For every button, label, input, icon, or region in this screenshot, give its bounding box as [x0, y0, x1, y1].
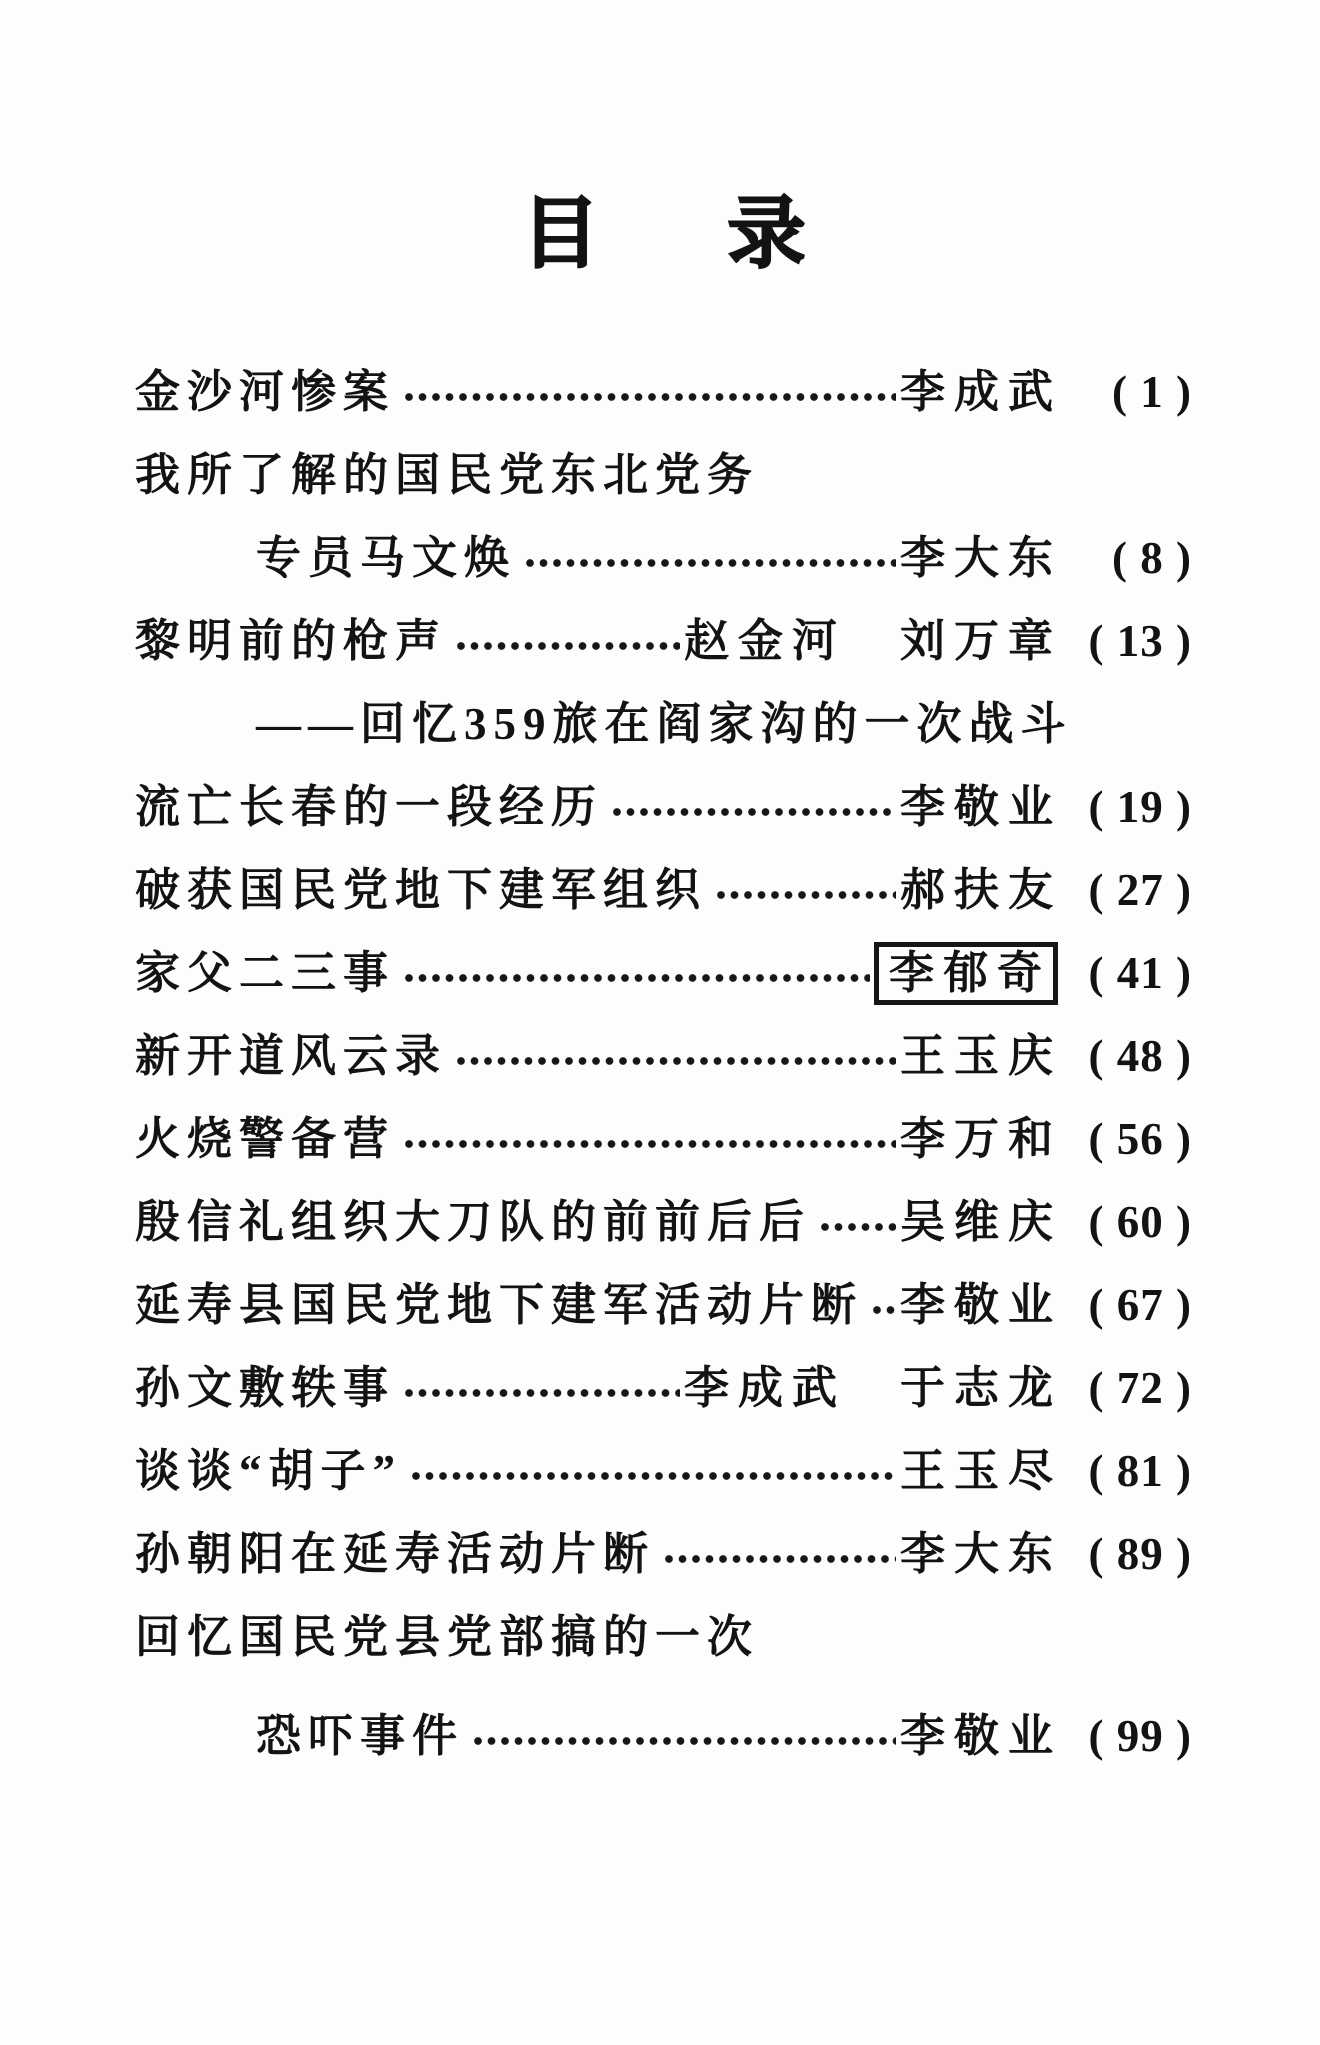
- toc-entry-page: ( 60 ): [1064, 1200, 1192, 1245]
- toc-entry-authors: 吴维庆: [900, 1200, 1064, 1245]
- dotted-leader: [871, 1304, 896, 1318]
- toc-entry: 孙朝阳在延寿活动片断 李大东 ( 89 ): [135, 1513, 1192, 1596]
- toc-entry-title: 火烧警备营: [135, 1117, 395, 1162]
- toc-entry-title: 家父二三事: [135, 951, 395, 996]
- toc-entry-authors: 赵金河 刘万章: [684, 619, 1064, 664]
- dotted-leader: [715, 889, 896, 903]
- toc-entry-authors: 王玉庆: [900, 1034, 1064, 1079]
- toc-entry-page: ( 48 ): [1064, 1034, 1192, 1079]
- dotted-leader: [611, 806, 896, 820]
- toc-entry-title: 孙朝阳在延寿活动片断: [135, 1532, 655, 1577]
- toc-entry-page: ( 19 ): [1064, 785, 1192, 830]
- toc-entry-title: 新开道风云录: [135, 1034, 447, 1079]
- toc-list: 金沙河惨案 李成武 ( 1 ) 我所了解的国民党东北党务 专员马文焕 李大东 (…: [135, 351, 1192, 1778]
- page-title-char-right: 录: [728, 195, 806, 273]
- dotted-leader: [403, 391, 896, 405]
- toc-entry: ——回忆359旅在阎家沟的一次战斗: [135, 683, 1192, 766]
- toc-entry: 家父二三事 李郁奇 ( 41 ): [135, 932, 1192, 1015]
- toc-entry: 流亡长春的一段经历 李敬业 ( 19 ): [135, 766, 1192, 849]
- toc-entry-title: ——回忆359旅在阎家沟的一次战斗: [256, 702, 1073, 747]
- toc-entry: 回忆国民党县党部搞的一次: [135, 1596, 1192, 1679]
- toc-entry: 殷信礼组织大刀队的前前后后 吴维庆 ( 60 ): [135, 1181, 1192, 1264]
- dotted-leader: [819, 1221, 896, 1235]
- toc-entry-title: 谈谈“胡子”: [135, 1449, 402, 1494]
- toc-entry: 恐吓事件 李敬业 ( 99 ): [135, 1695, 1192, 1778]
- toc-entry: 专员马文焕 李大东 ( 8 ): [135, 517, 1192, 600]
- scanned-page: 目 录 金沙河惨案 李成武 ( 1 ) 我所了解的国民党东北党务 专员马文焕 李…: [0, 0, 1320, 2045]
- page-title-char-left: 目: [521, 195, 599, 273]
- toc-entry-title: 我所了解的国民党东北党务: [135, 453, 759, 498]
- toc-entry-authors: 李大东: [900, 1532, 1064, 1577]
- toc-entry-authors: 李郁奇: [874, 942, 1058, 1005]
- toc-entry-page: ( 56 ): [1064, 1117, 1192, 1162]
- toc-entry-authors: 王玉尽: [900, 1449, 1064, 1494]
- toc-entry-title: 恐吓事件: [256, 1714, 464, 1759]
- toc-entry: 火烧警备营 李万和 ( 56 ): [135, 1098, 1192, 1181]
- dotted-leader: [403, 972, 870, 986]
- toc-entry-page: ( 89 ): [1064, 1532, 1192, 1577]
- toc-entry-title: 回忆国民党县党部搞的一次: [135, 1615, 759, 1660]
- toc-entry-title: 流亡长春的一段经历: [135, 785, 603, 830]
- dotted-leader: [472, 1735, 896, 1749]
- toc-entry-page: ( 81 ): [1064, 1449, 1192, 1494]
- dotted-leader: [455, 640, 680, 654]
- toc-entry: 我所了解的国民党东北党务: [135, 434, 1192, 517]
- toc-entry: 黎明前的枪声 赵金河 刘万章 ( 13 ): [135, 600, 1192, 683]
- toc-entry-title: 专员马文焕: [256, 536, 516, 581]
- toc-entry-page: ( 72 ): [1064, 1366, 1192, 1411]
- toc-entry-page: ( 1 ): [1064, 370, 1192, 415]
- dotted-leader: [403, 1138, 896, 1152]
- toc-entry-page: ( 8 ): [1064, 536, 1192, 581]
- toc-entry: 谈谈“胡子” 王玉尽 ( 81 ): [135, 1430, 1192, 1513]
- toc-entry: 孙文敷轶事 李成武 于志龙 ( 72 ): [135, 1347, 1192, 1430]
- toc-entry-authors: 李大东: [900, 536, 1064, 581]
- toc-entry-authors: 李敬业: [900, 1714, 1064, 1759]
- dotted-leader: [524, 557, 896, 571]
- dotted-leader: [410, 1470, 896, 1484]
- toc-entry-title: 延寿县国民党地下建军活动片断: [135, 1283, 863, 1328]
- toc-entry-authors: 李成武: [900, 370, 1064, 415]
- toc-entry: 金沙河惨案 李成武 ( 1 ): [135, 351, 1192, 434]
- toc-entry-authors: 李成武 于志龙: [684, 1366, 1064, 1411]
- toc-entry-title: 黎明前的枪声: [135, 619, 447, 664]
- toc-entry-title: 殷信礼组织大刀队的前前后后: [135, 1200, 811, 1245]
- toc-entry-authors: 郝扶友: [900, 868, 1064, 913]
- toc-entry: 新开道风云录 王玉庆 ( 48 ): [135, 1015, 1192, 1098]
- toc-entry-authors: 李敬业: [900, 1283, 1064, 1328]
- page-title: 目 录: [135, 195, 1192, 273]
- toc-entry-authors: 李万和: [900, 1117, 1064, 1162]
- toc-entry-page: ( 13 ): [1064, 619, 1192, 664]
- dotted-leader: [403, 1387, 680, 1401]
- toc-entry-authors: 李敬业: [900, 785, 1064, 830]
- toc-entry-page: ( 41 ): [1064, 951, 1192, 996]
- toc-entry-page: ( 99 ): [1064, 1714, 1192, 1759]
- toc-entry-title: 孙文敷轶事: [135, 1366, 395, 1411]
- dotted-leader: [663, 1553, 896, 1567]
- toc-entry: 延寿县国民党地下建军活动片断 李敬业 ( 67 ): [135, 1264, 1192, 1347]
- toc-entry-title: 破获国民党地下建军组织: [135, 868, 707, 913]
- toc-entry-page: ( 27 ): [1064, 868, 1192, 913]
- toc-entry-page: ( 67 ): [1064, 1283, 1192, 1328]
- toc-entry: 破获国民党地下建军组织 郝扶友 ( 27 ): [135, 849, 1192, 932]
- dotted-leader: [455, 1055, 896, 1069]
- toc-entry-title: 金沙河惨案: [135, 370, 395, 415]
